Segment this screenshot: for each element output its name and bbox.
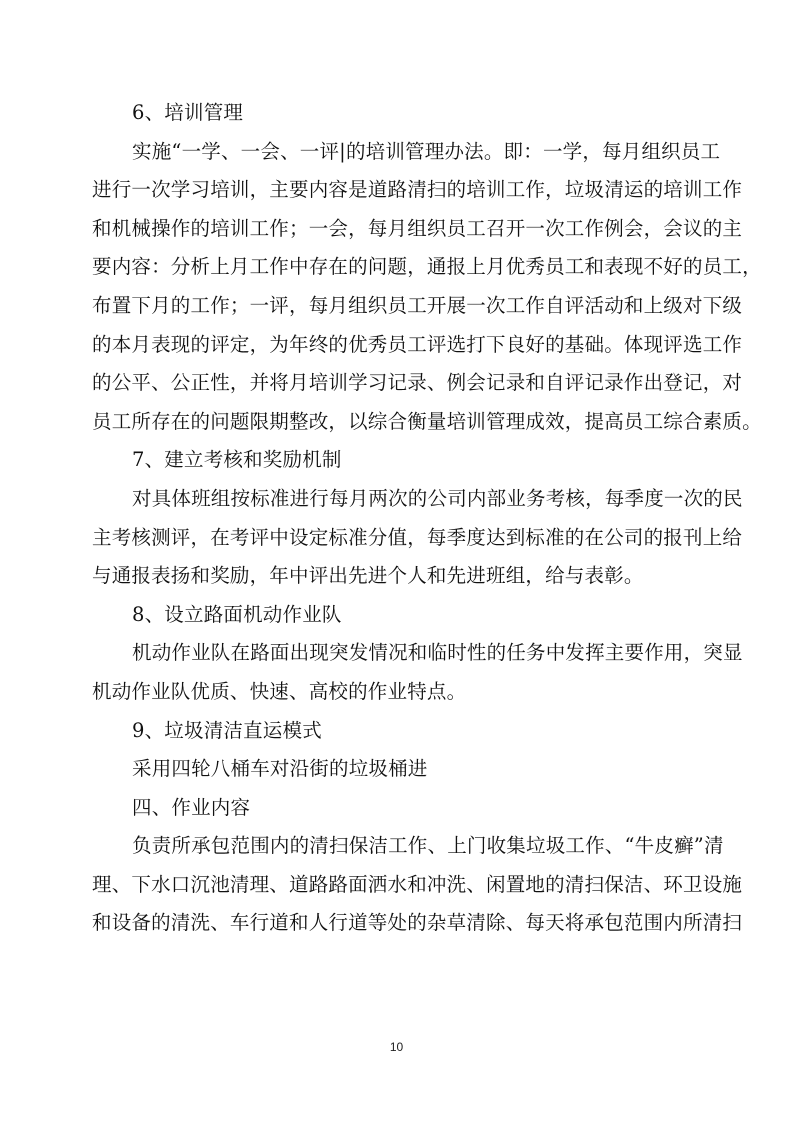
paragraph-line: 对具体班组按标准进行每月两次的公司内部业务考核，每季度一次的民 (92, 480, 714, 519)
paragraph-line: 与通报表扬和奖励，年中评出先进个人和先进班组，给与表彰。 (92, 557, 714, 596)
paragraph-line: 员工所存在的问题限期整改，以综合衡量培训管理成效，提高员工综合素质。 (92, 403, 714, 442)
section-heading-work-content: 四、作业内容 (92, 789, 714, 828)
paragraph-line: 主考核测评，在考评中设定标准分值，每季度达到标准的在公司的报刊上给 (92, 519, 714, 558)
paragraph-line: 进行一次学习培训，主要内容是道路清扫的培训工作，垃圾清运的培训工作 (92, 171, 714, 210)
document-page: 6、培训管理 实施“一学、一会、一评|的培训管理办法。即：一学，每月组织员工 进… (0, 0, 793, 1122)
document-body: 6、培训管理 实施“一学、一会、一评|的培训管理办法。即：一学，每月组织员工 进… (92, 94, 714, 943)
paragraph-line: 负责所承包范围内的清扫保洁工作、上门收集垃圾工作、“牛皮癣”清 (92, 827, 714, 866)
paragraph-line: 机动作业队优质、快速、高校的作业特点。 (92, 673, 714, 712)
paragraph-line: 布置下月的工作；一评，每月组织员工开展一次工作自评活动和上级对下级 (92, 287, 714, 326)
section-heading-assessment: 7、建立考核和奖励机制 (92, 441, 714, 480)
paragraph-line: 和机械操作的培训工作；一会，每月组织员工召开一次工作例会，会议的主 (92, 210, 714, 249)
paragraph-line: 理、下水口沉池清理、道路路面洒水和冲洗、闲置地的清扫保洁、环卫设施 (92, 866, 714, 905)
section-heading-training: 6、培训管理 (92, 94, 714, 133)
paragraph-line: 实施“一学、一会、一评|的培训管理办法。即：一学，每月组织员工 (92, 133, 714, 172)
paragraph-line: 采用四轮八桶车对沿街的垃圾桶进 (92, 750, 714, 789)
page-number: 10 (0, 1040, 793, 1054)
paragraph-line: 要内容：分析上月工作中存在的问题，通报上月优秀员工和表现不好的员工， (92, 248, 714, 287)
paragraph-line: 的本月表现的评定，为年终的优秀员工评选打下良好的基础。体现评选工作 (92, 326, 714, 365)
section-heading-mobile-team: 8、设立路面机动作业队 (92, 596, 714, 635)
paragraph-line: 机动作业队在路面出现突发情况和临时性的任务中发挥主要作用，突显 (92, 634, 714, 673)
paragraph-line: 和设备的清洗、车行道和人行道等处的杂草清除、每天将承包范围内所清扫 (92, 904, 714, 943)
paragraph-line: 的公平、公正性，并将月培训学习记录、例会记录和自评记录作出登记，对 (92, 364, 714, 403)
section-heading-direct-transport: 9、垃圾清洁直运模式 (92, 712, 714, 751)
